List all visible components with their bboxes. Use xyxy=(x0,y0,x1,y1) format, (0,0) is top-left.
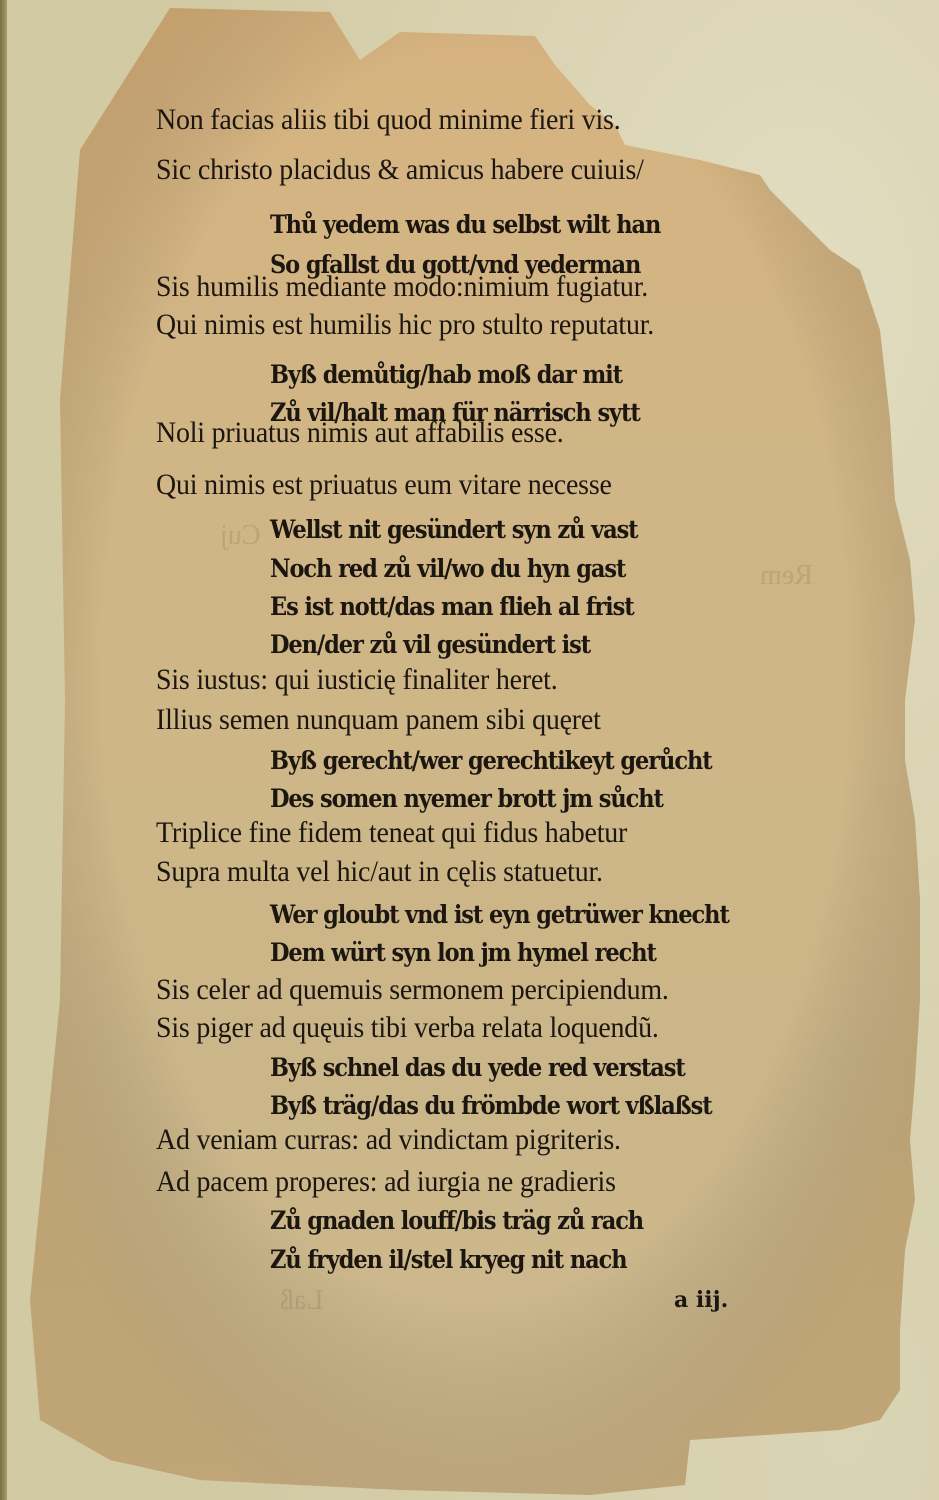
german-verse: Noch red zů vil/wo du hyn gast xyxy=(270,556,625,581)
latin-verse: Sis iustus: qui iusticię finaliter heret… xyxy=(156,665,558,695)
german-verse: Dem würt syn lon jm hymel recht xyxy=(270,940,656,965)
show-through-text: Rem xyxy=(760,560,813,592)
latin-verse: Qui nimis est humilis hic pro stulto rep… xyxy=(156,310,654,340)
german-verse: Byß träg/das du frömbde wort vßlaßst xyxy=(270,1093,712,1118)
latin-verse: Ad pacem properes: ad iurgia ne gradieri… xyxy=(156,1167,616,1197)
german-verse: Zů fryden il/stel kryeg nit nach xyxy=(270,1247,626,1272)
german-verse: Den/der zů vil gesündert ist xyxy=(270,632,590,657)
signature-mark: a iij. xyxy=(674,1287,728,1313)
show-through-text: Laß xyxy=(280,1285,324,1317)
german-verse: Wellst nit gesündert syn zů vast xyxy=(270,517,637,542)
latin-verse: Qui nimis est priuatus eum vitare necess… xyxy=(156,470,612,500)
german-verse: Zů gnaden louff/bis träg zů rach xyxy=(270,1208,643,1233)
show-through-text: Cuj xyxy=(220,520,260,552)
latin-verse: Sic christo placidus & amicus habere cui… xyxy=(156,155,644,185)
latin-verse: Non facias aliis tibi quod minime fieri … xyxy=(156,105,620,135)
latin-verse: Triplice fine fidem teneat qui fidus hab… xyxy=(156,818,627,848)
german-verse: Byß gerecht/wer gerechtikeyt gerůcht xyxy=(270,748,712,773)
latin-verse: Sis piger ad quęuis tibi verba relata lo… xyxy=(156,1013,659,1043)
latin-verse: Supra multa vel hic/aut in cęlis statuet… xyxy=(156,857,603,887)
german-verse: Byß schnel das du yede red verstast xyxy=(270,1055,685,1080)
german-verse: Thů yedem was du selbst wilt han xyxy=(270,212,660,237)
german-verse: Wer gloubt vnd ist eyn getrüwer knecht xyxy=(270,902,729,927)
latin-verse: Noli priuatus nimis aut affabilis esse. xyxy=(156,418,564,448)
german-verse: Des somen nyemer brott jm sůcht xyxy=(270,786,663,811)
latin-verse: Illius semen nunquam panem sibi quęret xyxy=(156,705,601,735)
latin-verse: Sis humilis mediante modo:nimium fugiatu… xyxy=(156,272,648,302)
latin-verse: Sis celer ad quemuis sermonem percipiend… xyxy=(156,975,669,1005)
german-verse: Byß demůtig/hab moß dar mit xyxy=(270,362,622,387)
german-verse: Es ist nott/das man flieh al frist xyxy=(270,594,634,619)
latin-verse: Ad veniam curras: ad vindictam pigriteri… xyxy=(156,1125,621,1155)
